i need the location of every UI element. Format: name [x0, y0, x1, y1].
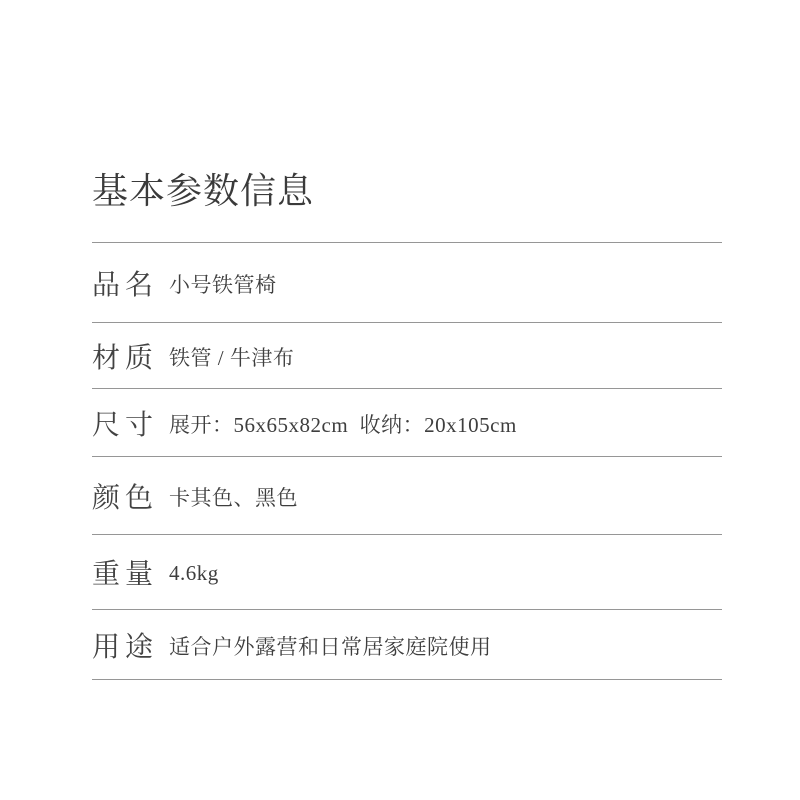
spec-row-weight: 重量 4.6kg: [92, 535, 722, 610]
spec-row-dimensions: 尺寸 展开：56x65x82cm 收纳：20x105cm: [92, 389, 722, 457]
spec-label: 用途: [92, 625, 169, 665]
spec-value: 展开：56x65x82cm 收纳：20x105cm: [169, 407, 517, 439]
spec-table: 品名 小号铁管椅 材质 铁管 / 牛津布 尺寸 展开：56x65x82cm 收纳…: [92, 242, 722, 680]
spec-value: 适合户外露营和日常居家庭院使用: [169, 629, 492, 661]
spec-label: 重量: [92, 552, 169, 592]
spec-row-material: 材质 铁管 / 牛津布: [92, 323, 722, 389]
spec-row-usage: 用途 适合户外露营和日常居家庭院使用: [92, 610, 722, 680]
spec-label: 颜色: [92, 476, 169, 516]
spec-label: 材质: [92, 336, 169, 376]
spec-value: 铁管 / 牛津布: [169, 340, 294, 372]
spec-row-product-name: 品名 小号铁管椅: [92, 243, 722, 323]
section-title: 基本参数信息: [92, 170, 722, 213]
spec-label: 尺寸: [92, 403, 169, 443]
spec-row-color: 颜色 卡其色、黑色: [92, 457, 722, 535]
spec-label: 品名: [92, 263, 169, 303]
spec-value: 小号铁管椅: [169, 267, 277, 299]
product-spec-sheet: 基本参数信息 品名 小号铁管椅 材质 铁管 / 牛津布 尺寸 展开：56x65x…: [0, 0, 800, 800]
spec-value: 4.6kg: [169, 559, 219, 586]
spec-value: 卡其色、黑色: [169, 480, 298, 512]
